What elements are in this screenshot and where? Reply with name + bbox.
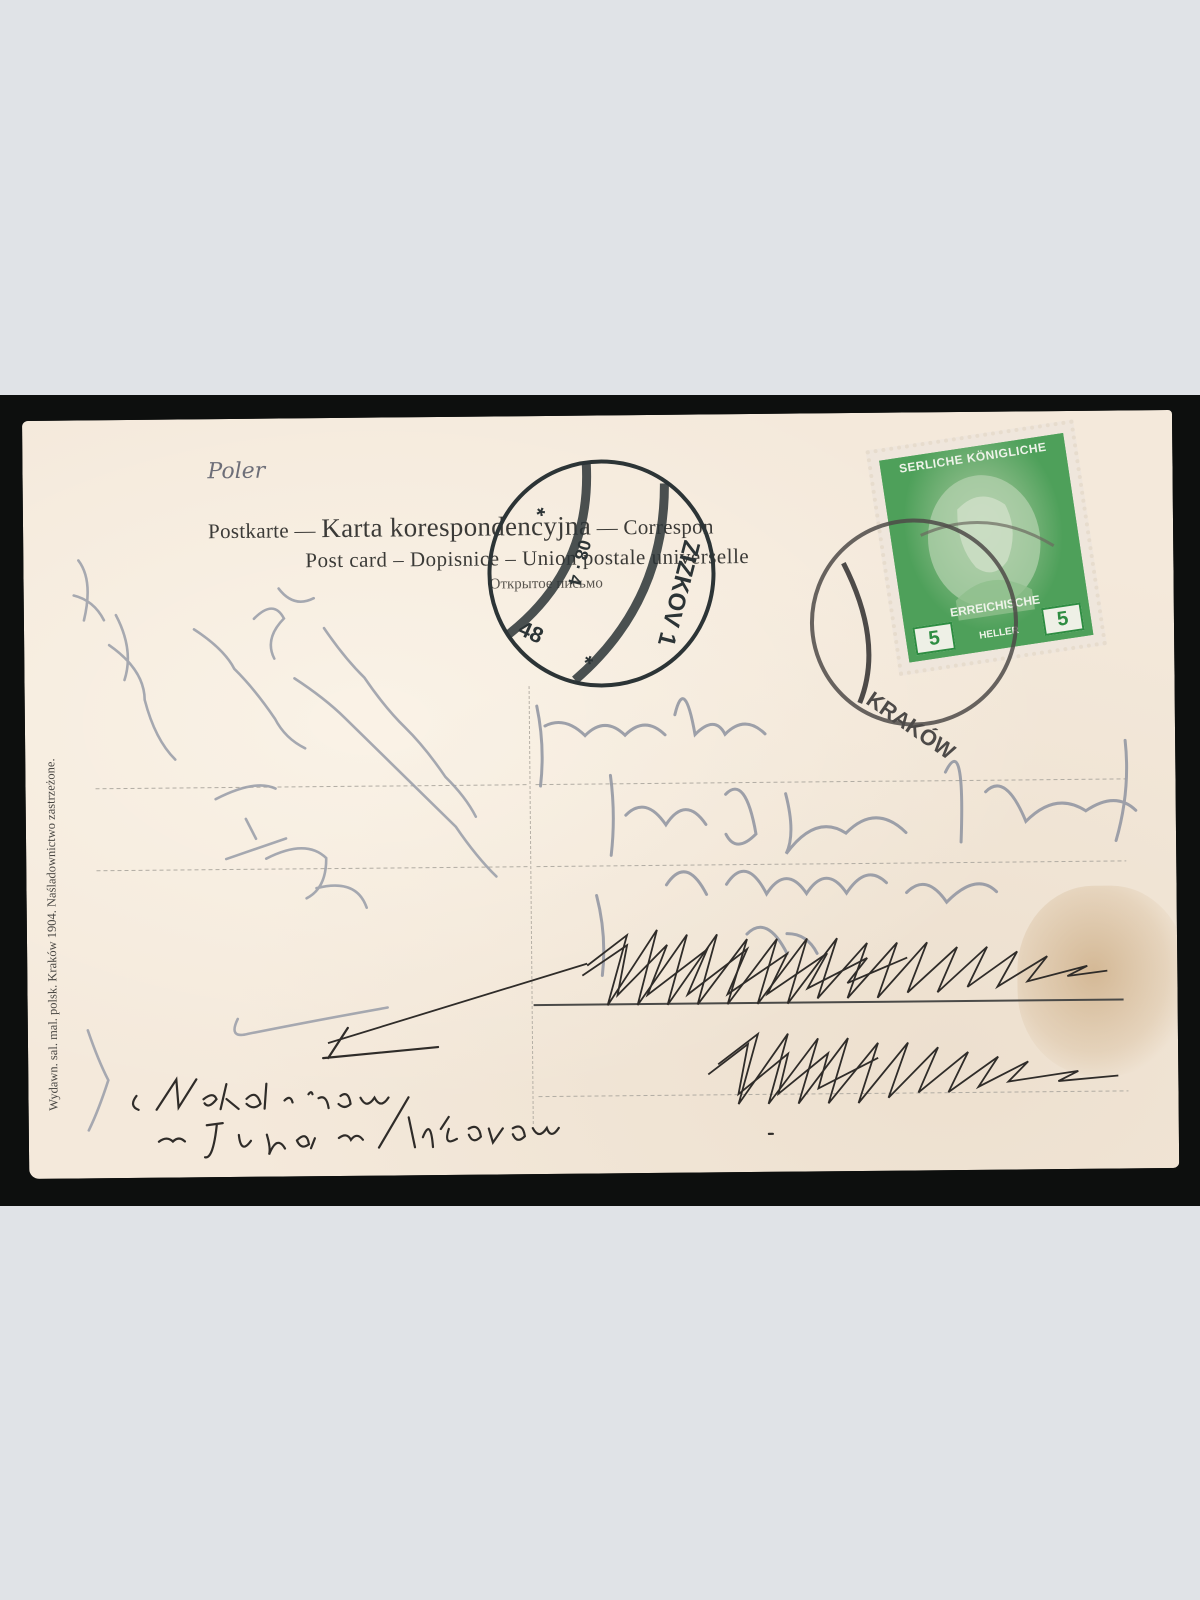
postmark-krakow-icon: KRAKÓW [811, 519, 1017, 765]
ink-crossout [327, 926, 1119, 1109]
postmark-zizkov-icon: ZIZKOV 1 08 · 4 48 * * [453, 425, 750, 722]
pencil-address [537, 694, 1138, 976]
ink-return-note [132, 1024, 773, 1158]
postcard-photo: Poler Postkarte — Karta korespondencyjna… [0, 395, 1200, 1206]
pencil-left-notes [73, 556, 498, 1130]
handwriting-and-postmarks: ZIZKOV 1 08 · 4 48 * * KRAKÓW [22, 410, 1179, 1179]
svg-text:*: * [530, 502, 549, 528]
svg-text:KRAKÓW: KRAKÓW [862, 686, 960, 764]
postcard-back: Poler Postkarte — Karta korespondencyjna… [22, 410, 1179, 1179]
